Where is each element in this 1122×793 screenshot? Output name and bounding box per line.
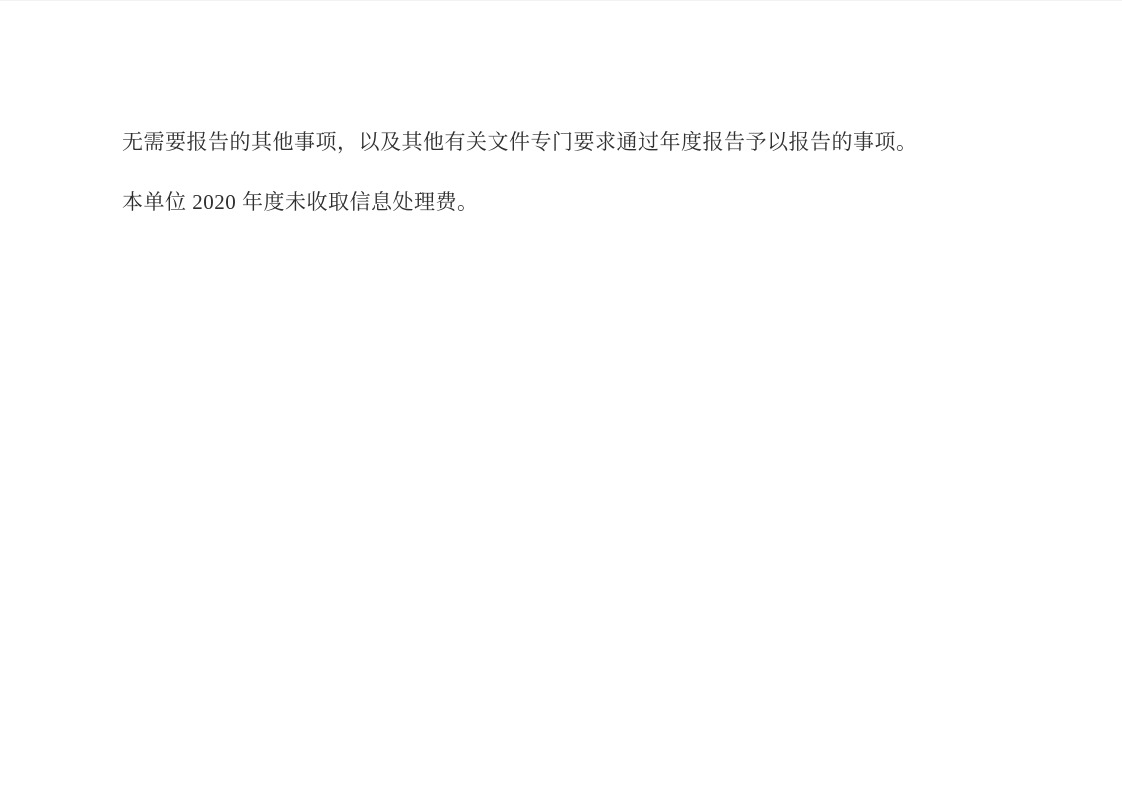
paragraph-other-matters: 无需要报告的其他事项，以及其他有关文件专门要求通过年度报告予以报告的事项。 — [122, 129, 1002, 155]
document-page: 无需要报告的其他事项，以及其他有关文件专门要求通过年度报告予以报告的事项。 本单… — [0, 0, 1122, 793]
document-body: 无需要报告的其他事项，以及其他有关文件专门要求通过年度报告予以报告的事项。 本单… — [122, 129, 1002, 215]
paragraph-processing-fee: 本单位 2020 年度未收取信息处理费。 — [122, 189, 1002, 215]
